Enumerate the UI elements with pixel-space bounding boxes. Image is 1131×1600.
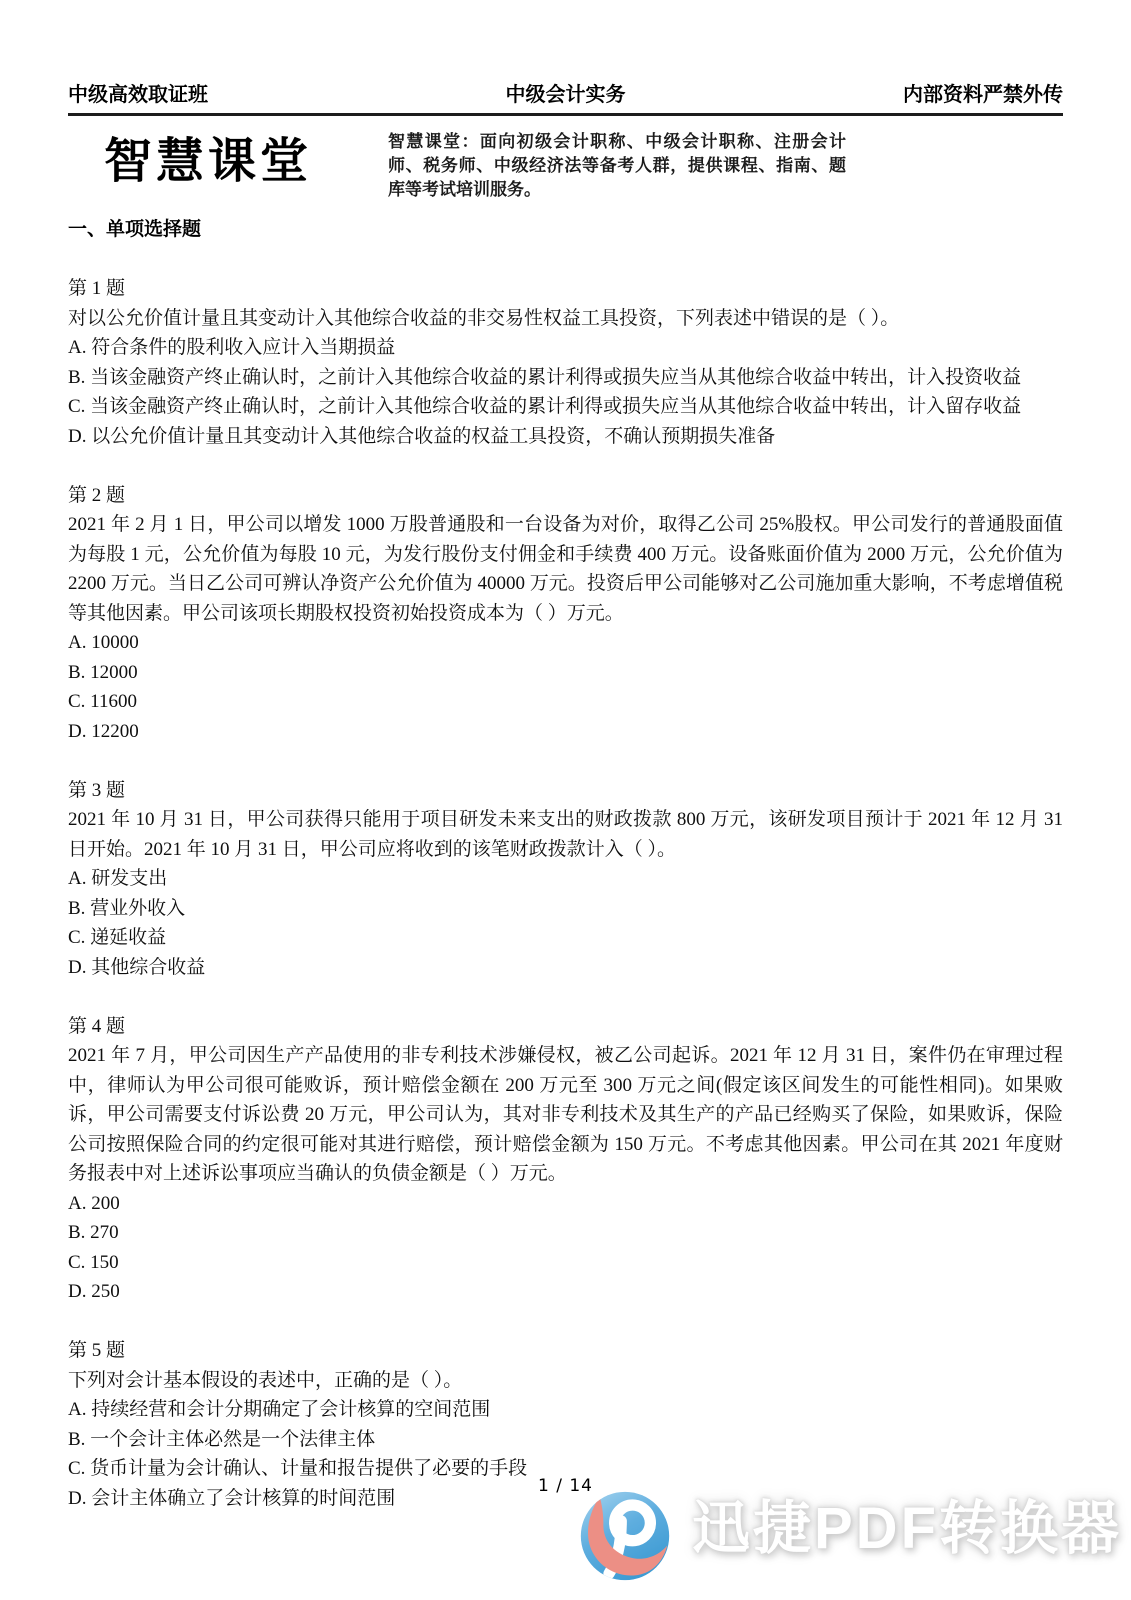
question-label: 第 4 题 [68, 1012, 1063, 1042]
question-option: C. 150 [68, 1248, 1063, 1278]
question-label: 第 3 题 [68, 776, 1063, 806]
question-stem: 2021 年 7 月，甲公司因生产产品使用的非专利技术涉嫌侵权，被乙公司起诉。2… [68, 1041, 1063, 1189]
question-label: 第 5 题 [68, 1336, 1063, 1366]
question-option: A. 研发支出 [68, 864, 1063, 894]
question-option: C. 11600 [68, 687, 1063, 717]
question-option: A. 持续经营和会计分期确定了会计核算的空间范围 [68, 1395, 1063, 1425]
document-page: 中级高效取证班 中级会计实务 内部资料严禁外传 智慧课堂 智慧课堂：面向初级会计… [0, 0, 1131, 1513]
brand-block: 智慧课堂 智慧课堂：面向初级会计职称、中级会计职称、注册会计师、税务师、中级经济… [68, 128, 1063, 206]
header-divider [68, 113, 1063, 116]
question: 第 3 题2021 年 10 月 31 日，甲公司获得只能用于项目研发未来支出的… [68, 776, 1063, 983]
header-course-class: 中级高效取证班 [68, 84, 506, 106]
brand-description: 智慧课堂：面向初级会计职称、中级会计职称、注册会计师、税务师、中级经济法等备考人… [388, 130, 846, 202]
question-stem: 对以公允价值计量且其变动计入其他综合收益的非交易性权益工具投资，下列表述中错误的… [68, 304, 1063, 334]
question-option: A. 符合条件的股利收入应计入当期损益 [68, 333, 1063, 363]
header-subject-title: 中级会计实务 [506, 84, 626, 106]
question-option: D. 以公允价值计量且其变动计入其他综合收益的权益工具投资，不确认预期损失准备 [68, 422, 1063, 452]
question-option: B. 12000 [68, 658, 1063, 688]
page-number: 1 / 14 [0, 1476, 1131, 1496]
question-stem: 下列对会计基本假设的表述中，正确的是（ ）。 [68, 1366, 1063, 1396]
question-option: C. 当该金融资产终止确认时，之前计入其他综合收益的累计利得或损失应当从其他综合… [68, 392, 1063, 422]
question-label: 第 1 题 [68, 274, 1063, 304]
brand-logo-text: 智慧课堂 [104, 134, 312, 190]
section-title: 一、单项选择题 [68, 215, 1063, 245]
questions-list: 第 1 题对以公允价值计量且其变动计入其他综合收益的非交易性权益工具投资，下列表… [68, 274, 1063, 1513]
question-option: D. 250 [68, 1277, 1063, 1307]
question: 第 4 题2021 年 7 月，甲公司因生产产品使用的非专利技术涉嫌侵权，被乙公… [68, 1012, 1063, 1307]
question-stem: 2021 年 2 月 1 日，甲公司以增发 1000 万股普通股和一台设备为对价… [68, 510, 1063, 628]
question-label: 第 2 题 [68, 481, 1063, 511]
question-option: D. 其他综合收益 [68, 953, 1063, 983]
question: 第 2 题2021 年 2 月 1 日，甲公司以增发 1000 万股普通股和一台… [68, 481, 1063, 747]
question-option: B. 270 [68, 1218, 1063, 1248]
question-option: A. 200 [68, 1189, 1063, 1219]
question-option: B. 一个会计主体必然是一个法律主体 [68, 1425, 1063, 1455]
question: 第 1 题对以公允价值计量且其变动计入其他综合收益的非交易性权益工具投资，下列表… [68, 274, 1063, 451]
question-option: A. 10000 [68, 628, 1063, 658]
page-header: 中级高效取证班 中级会计实务 内部资料严禁外传 [68, 0, 1063, 106]
question-stem: 2021 年 10 月 31 日，甲公司获得只能用于项目研发未来支出的财政拨款 … [68, 805, 1063, 864]
header-confidential-note: 内部资料严禁外传 [626, 84, 1064, 106]
question-option: D. 12200 [68, 717, 1063, 747]
question-option: B. 营业外收入 [68, 894, 1063, 924]
question-option: C. 递延收益 [68, 923, 1063, 953]
question-option: B. 当该金融资产终止确认时，之前计入其他综合收益的累计利得或损失应当从其他综合… [68, 363, 1063, 393]
